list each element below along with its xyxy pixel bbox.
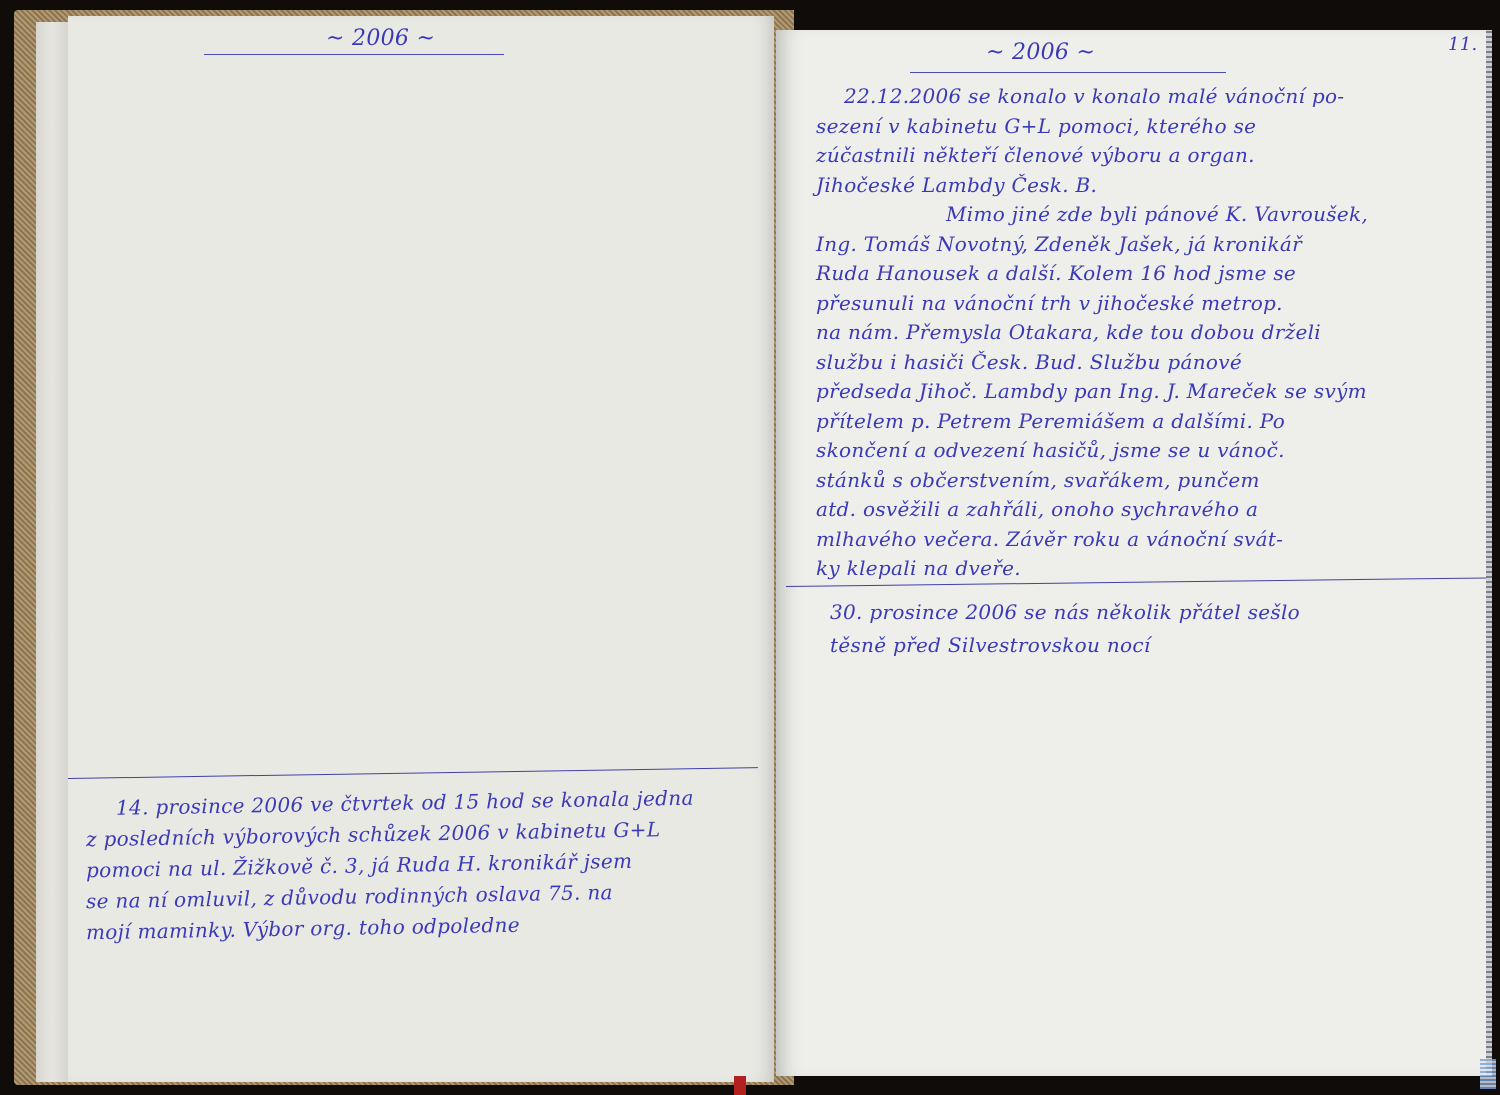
entry-line: na nám. Přemysla Otakara, kde tou dobou …	[816, 318, 1368, 348]
entry-line: těsně před Silvestrovskou nocí	[830, 629, 1300, 662]
entry-line: přesunuli na vánoční trh v jihočeské met…	[816, 289, 1368, 319]
entry-2006-12-14: 14. prosince 2006 ve čtvrtek od 15 hod s…	[86, 788, 694, 943]
page-number: 11.	[1448, 34, 1478, 55]
entry-line: přítelem p. Petrem Peremiášem a dalšími.…	[816, 407, 1368, 437]
year-header-rule	[910, 72, 1226, 73]
entry-line: službu i hasiči Česk. Bud. Službu pánové	[816, 348, 1368, 378]
entry-line: Ing. Tomáš Novotný, Zdeněk Jašek, já kro…	[816, 230, 1368, 260]
entry-2006-12-30: 30. prosince 2006 se nás několik přátel …	[830, 596, 1300, 662]
bookmark-ribbon	[734, 1076, 746, 1095]
entry-line: Jihočeské Lambdy Česk. B.	[816, 171, 1368, 201]
year-header: ~ 2006 ~	[986, 40, 1095, 65]
entry-separator-line	[68, 767, 758, 779]
page-stack-edge-right	[1486, 30, 1492, 1076]
entry-line: 30. prosince 2006 se nás několik přátel …	[830, 596, 1300, 629]
entry-line: atd. osvěžili a zahřáli, onoho sychravéh…	[816, 495, 1368, 525]
entry-line: sezení v kabinetu G+L pomoci, kterého se	[816, 112, 1368, 142]
watermark-icon	[1480, 1059, 1496, 1089]
entry-2006-12-22: 22.12.2006 se konalo v konalo malé vánoč…	[816, 82, 1368, 584]
entry-line: předseda Jihoč. Lambdy pan Ing. J. Mareč…	[816, 377, 1368, 407]
entry-line: mlhavého večera. Závěr roku a vánoční sv…	[816, 525, 1368, 555]
entry-line: Ruda Hanousek a další. Kolem 16 hod jsme…	[816, 259, 1368, 289]
right-page: ~ 2006 ~ 11. 22.12.2006 se konalo v kona…	[776, 30, 1486, 1076]
entry-line: Mimo jiné zde byli pánové K. Vavroušek,	[816, 200, 1368, 230]
entry-line: stánků s občerstvením, svařákem, punčem	[816, 466, 1368, 496]
left-page: ~ 2006 ~ 14. prosince 2006 ve čtvrtek od…	[68, 16, 774, 1082]
year-header: ~ 2006 ~	[326, 26, 435, 51]
year-header-rule	[204, 54, 504, 55]
entry-line: skončení a odvezení hasičů, jsme se u vá…	[816, 436, 1368, 466]
entry-line: zúčastnili někteří členové výboru a orga…	[816, 141, 1368, 171]
entry-line: 22.12.2006 se konalo v konalo malé vánoč…	[816, 82, 1368, 112]
